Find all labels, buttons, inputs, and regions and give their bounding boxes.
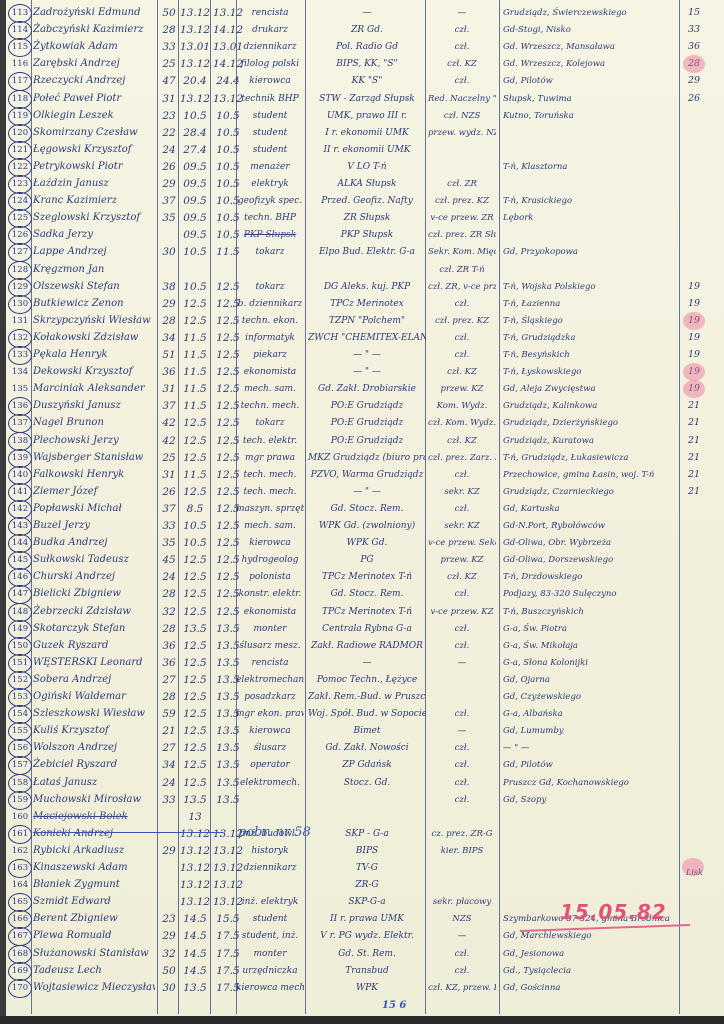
person-name: Wojtasiewicz Mieczysław [33,977,155,999]
date-detained: 13.5 [180,977,210,999]
profession: kierowca mech. [236,977,304,999]
page-bottom-edge [0,1016,724,1024]
register-row: 170Wojtasiewicz Mieczysław3013.517.5kier… [0,977,724,999]
page-note: pobr. nr 58 [238,825,311,840]
entry-number: 170 [8,979,32,998]
section-divider [33,832,223,833]
pink-highlight-mark [682,858,704,876]
bottom-tally: 15 6 [382,1000,406,1011]
address: Gd, Gościnna [503,977,673,999]
age: 30 [160,977,178,999]
union-role: czł. KZ, przew. Kom. Kier. WPK [428,977,496,999]
date-stamp: 15.05.82 [560,900,667,924]
register-page: 113Zadrożyński Edmund5013.1213.12rencist… [0,0,724,1024]
workplace: WPK [308,977,426,999]
